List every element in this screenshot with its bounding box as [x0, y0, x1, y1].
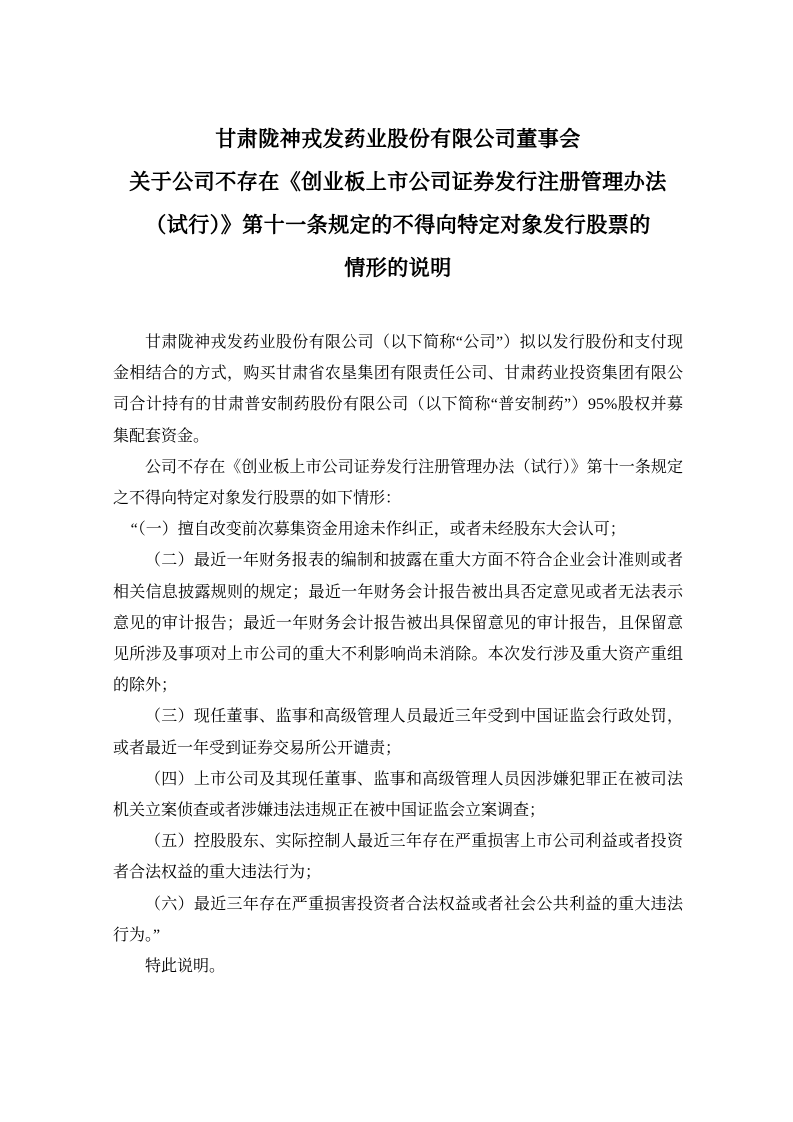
paragraph-6: （四）上市公司及其现任董事、监事和高级管理人员因涉嫌犯罪正在被司法机关立案侦查或…: [113, 764, 683, 826]
title-line-3: （试行）》第十一条规定的不得向特定对象发行股票的: [113, 204, 683, 247]
paragraph-9: 特此说明。: [113, 951, 683, 982]
paragraph-7: （五）控股股东、实际控制人最近三年存在严重损害上市公司利益或者投资者合法权益的重…: [113, 826, 683, 888]
paragraph-5: （三）现任董事、监事和高级管理人员最近三年受到中国证监会行政处罚，或者最近一年受…: [113, 701, 683, 763]
paragraph-4: （二）最近一年财务报表的编制和披露在重大方面不符合企业会计准则或者相关信息披露规…: [113, 545, 683, 701]
paragraph-8: （六）最近三年存在严重损害投资者合法权益或者社会公共利益的重大违法行为。”: [113, 889, 683, 951]
paragraph-3: “（一）擅自改变前次募集资金用途未作纠正，或者未经股东大会认可；: [113, 514, 683, 545]
document-body: 甘肃陇神戎发药业股份有限公司（以下简称“公司”）拟以发行股份和支付现金相结合的方…: [113, 327, 683, 982]
title-line-2: 关于公司不存在《创业板上市公司证券发行注册管理办法: [113, 161, 683, 204]
document-title: 甘肃陇神戎发药业股份有限公司董事会 关于公司不存在《创业板上市公司证券发行注册管…: [113, 118, 683, 290]
document-page: 甘肃陇神戎发药业股份有限公司董事会 关于公司不存在《创业板上市公司证券发行注册管…: [0, 0, 793, 1122]
paragraph-2: 公司不存在《创业板上市公司证券发行注册管理办法（试行）》第十一条规定之不得向特定…: [113, 452, 683, 514]
title-line-1: 甘肃陇神戎发药业股份有限公司董事会: [113, 118, 683, 161]
document-content: 甘肃陇神戎发药业股份有限公司董事会 关于公司不存在《创业板上市公司证券发行注册管…: [113, 118, 683, 982]
paragraph-1: 甘肃陇神戎发药业股份有限公司（以下简称“公司”）拟以发行股份和支付现金相结合的方…: [113, 327, 683, 452]
title-line-4: 情形的说明: [113, 247, 683, 290]
